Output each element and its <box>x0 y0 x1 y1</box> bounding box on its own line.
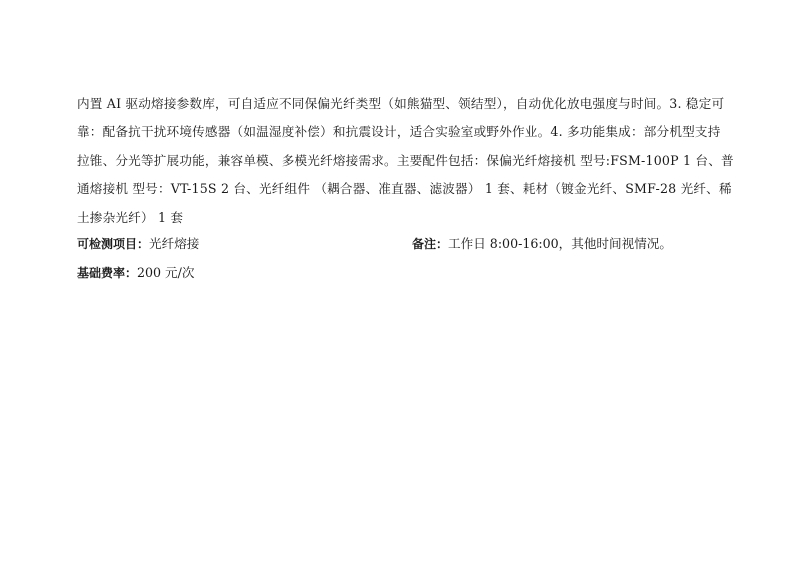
description-line: 内置 AI 驱动熔接参数库，可自适应不同保偏光纤类型（如熊猫型、领结型），自动优… <box>77 90 737 118</box>
remark-label: 备注： <box>412 237 448 251</box>
equipment-description: 内置 AI 驱动熔接参数库，可自适应不同保偏光纤类型（如熊猫型、领结型），自动优… <box>77 90 737 232</box>
description-line: 通熔接机 型号：VT-15S 2 台、光纤组件 （耦合器、准直器、滤波器） 1 … <box>77 175 737 203</box>
base-fee-label: 基础费率： <box>77 266 137 280</box>
testable-items-row: 可检测项目：光纤熔接 <box>77 234 199 254</box>
testable-items-label: 可检测项目： <box>77 237 149 251</box>
testable-items-value: 光纤熔接 <box>149 236 199 251</box>
description-line: 靠：配备抗干扰环境传感器（如温湿度补偿）和抗震设计，适合实验室或野外作业。4. … <box>77 118 737 146</box>
remark-value: 工作日 8:00-16:00，其他时间视情况。 <box>448 236 672 251</box>
description-line: 土掺杂光纤） 1 套 <box>77 204 737 232</box>
remark-row: 备注：工作日 8:00-16:00，其他时间视情况。 <box>412 234 672 254</box>
base-fee-value: 200 元/次 <box>137 265 194 280</box>
base-fee-row: 基础费率：200 元/次 <box>77 263 195 283</box>
description-line: 拉锥、分光等扩展功能，兼容单模、多模光纤熔接需求。主要配件包括：保偏光纤熔接机 … <box>77 147 737 175</box>
